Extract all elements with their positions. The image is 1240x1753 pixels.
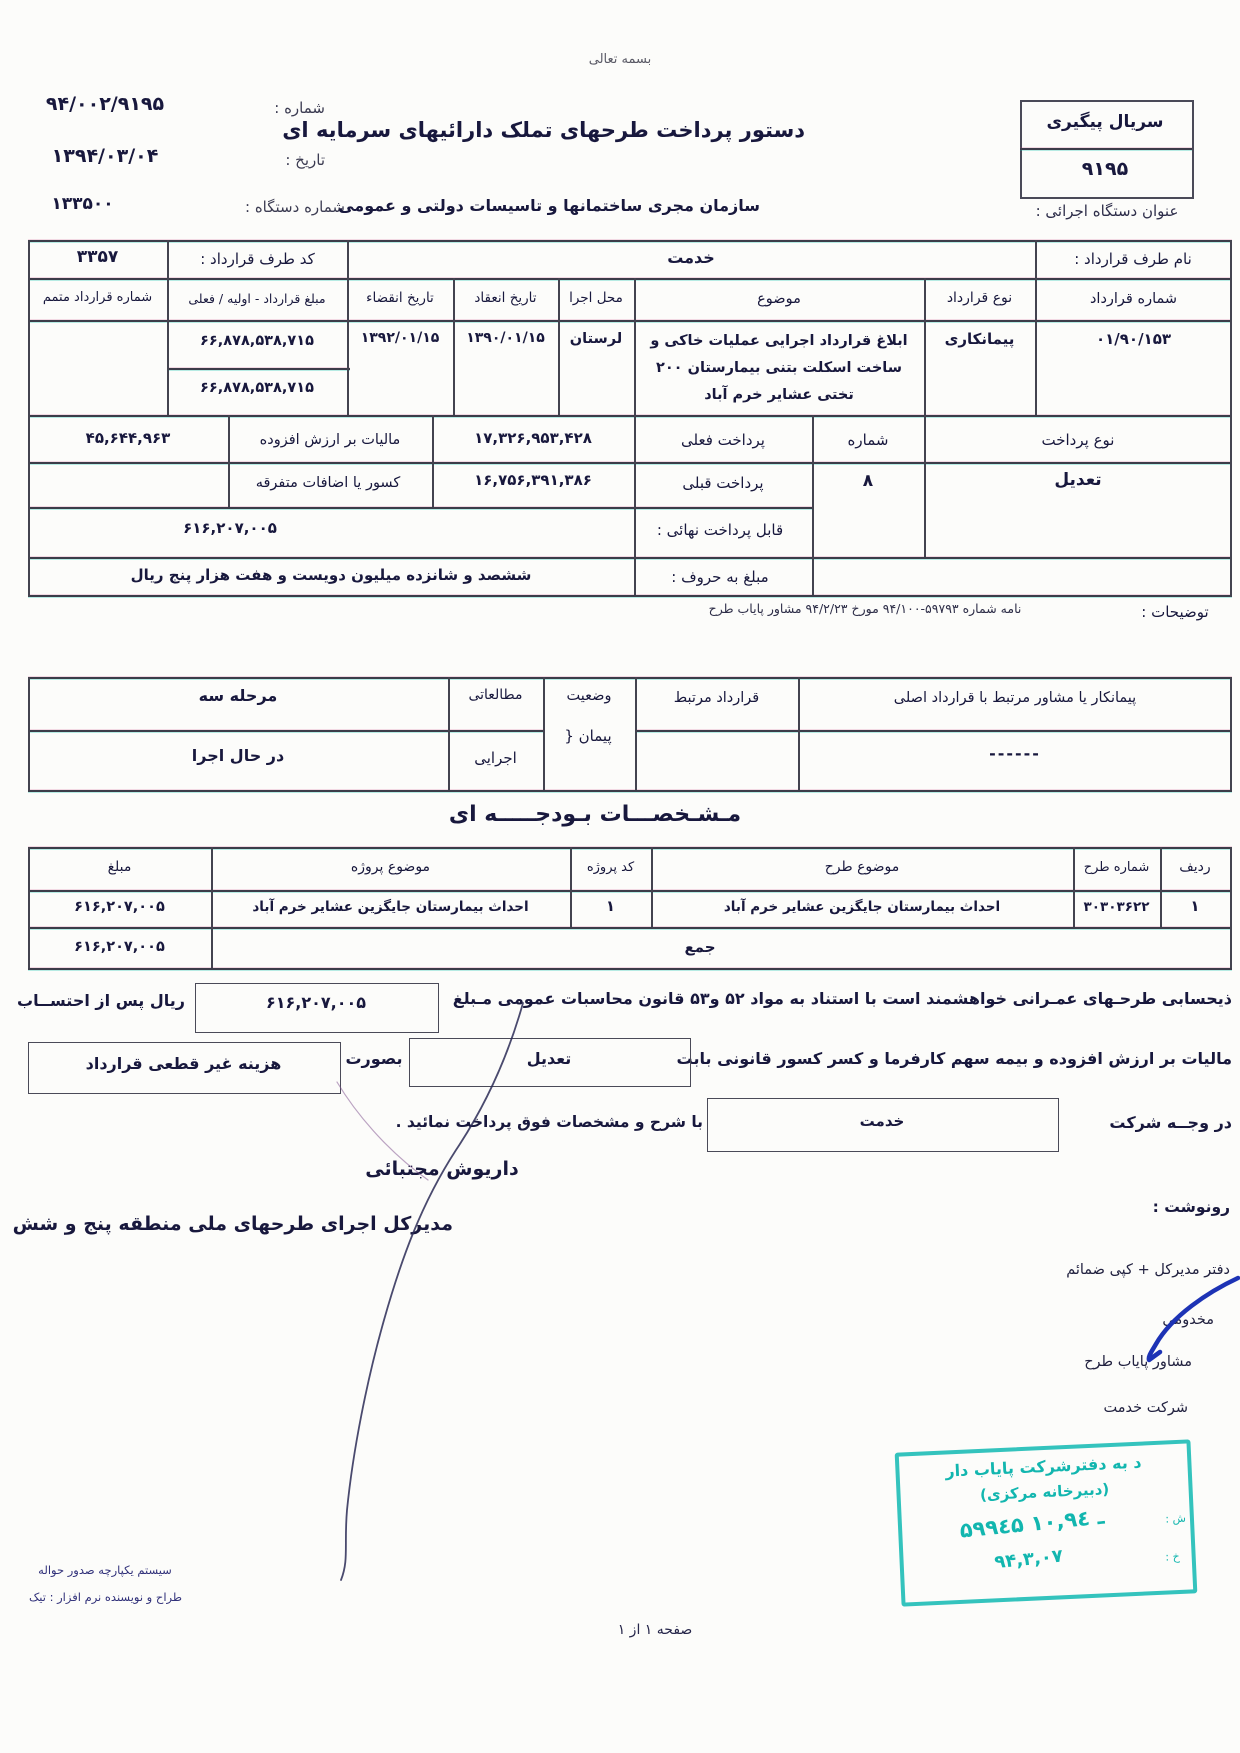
doc-number-label: شماره : [235,99,325,118]
scanned-payment-order-document: بسمه تعالی شماره : ۹۴/۰۰۲/۹۱۹۵ تاریخ : ۱… [0,0,1240,1753]
party-name-label: نام طرف قرارداد : [1037,250,1229,269]
contract-amount-current: ۶۶,۸۷۸,۵۳۸,۷۱۵ [167,379,347,397]
budget-row-project-subject: احداث بیمارستان جایگزین عشایر خرم آباد [211,899,570,916]
party-code-label: کد طرف قرارداد : [170,250,345,269]
payment-type-label: نوع پرداخت [924,431,1232,450]
device-number-value: ۱۳۳۵۰۰ [25,194,140,215]
amount-in-words-value: ششصد و شانزده میلیون دویست و هفت هزار پن… [28,566,634,585]
phase-label: مرحله سه [28,686,448,706]
office-registration-stamp: د به دفترشرکت پایاب دار (دبیرخانه مرکزی)… [895,1439,1198,1606]
serial-tracking-value: ۹۱۹۵ [1022,158,1188,182]
col-signing-date: تاریخ انعقاد [453,290,558,307]
page-number: صفحه ۱ از ۱ [595,1622,715,1640]
budget-col-amount: مبلغ [28,859,211,877]
request-line1-end: ریال پس از احتســاب [10,991,192,1011]
cc-item-company: شرکت خدمت [988,1399,1188,1417]
budget-total-value: ۶۱۶,۲۰۷,۰۰۵ [28,938,211,956]
request-type-value: هزینه غیر قطعی قرارداد [31,1054,336,1074]
budget-section-title: مـشـخصـــات بـودجـــــه ای [395,801,795,829]
request-as-label: بصورت [340,1049,408,1069]
contract-amount-initial: ۶۶,۸۷۸,۵۳۸,۷۱۵ [167,332,347,350]
bismillah: بسمه تعالی [540,52,700,68]
phase-value: در حال اجرا [28,746,448,766]
signature-pen-stroke [341,1003,523,1580]
notes-label: توضیحات : [1118,603,1232,622]
document-title: دستور پرداخت طرحهای تملک دارائیهای سرمای… [335,117,805,143]
related-contract-label: قرارداد مرتبط [635,689,798,707]
request-reason-value: تعدیل [412,1049,686,1069]
stamp-date-label: خ : [1165,1550,1180,1564]
signatory-title: مدیرکل اجرای طرحهای ملی منطقه پنج و شش [78,1213,453,1237]
contract-signing-value: ۱۳۹۰/۰۱/۱۵ [453,330,558,348]
current-payment-value: ۱۷,۳۲۶,۹۵۳,۴۲۸ [432,429,634,448]
col-contract-number: شماره قرارداد [1035,290,1232,308]
payment-type-value: تعدیل [924,470,1232,491]
request-line3: در وجــه شرکت [1085,1113,1232,1133]
payment-number-value: ۸ [812,471,924,492]
request-line1: ذیحسابی طرحـهای عمـرانی خواهشمند است با … [437,989,1232,1009]
deductions-label: کسور یا اضافات متفرقه [220,474,436,492]
budget-col-plan-number: شماره طرح [1073,860,1160,876]
col-subject: موضوع [634,290,924,308]
payment-number-label: شماره [812,431,924,450]
device-number-label: شماره دستگاه : [205,198,345,217]
serial-tracking-label: سریال پیگیری [1022,112,1188,133]
study-value: اجرایی [448,749,543,768]
status-brace-label: پیمان { [538,727,638,746]
budget-col-plan-subject: موضوع طرح [651,859,1073,877]
cc-item-consultant: مشاور پایاب طرح [972,1353,1192,1371]
study-label: مطالعاتی [448,687,543,705]
request-amount-value: ۶۱۶,۲۰۷,۰۰۵ [200,993,432,1013]
col-expiry-date: تاریخ انقضاء [347,290,453,307]
budget-row-plan-subject: احداث بیمارستان جایگزین عشایر خرم آباد [651,899,1073,916]
notes-text: نامه شماره ۵۹۷۹۳-۹۴/۱۰۰ مورخ ۹۴/۲/۲۳ مشا… [625,601,1105,617]
col-location: محل اجرا [558,290,634,307]
amount-in-words-label: مبلغ به حروف : [634,568,806,587]
contract-expiry-value: ۱۳۹۲/۰۱/۱۵ [347,330,453,348]
stamp-number-handwritten: ۵۹۹٤۵ ـ ۱۰,۹٤ [911,1499,1152,1549]
contract-number-value: ۰۱/۹۰/۱۵۳ [1035,330,1232,349]
budget-col-project-subject: موضوع پروژه [211,859,570,877]
related-consultant-label: پیمانکار یا مشاور مرتبط با قرارداد اصلی [798,689,1232,707]
request-line2: مالیات بر ارزش افزوده و بیمه سهم کارفرما… [690,1049,1232,1069]
stamp-date-handwritten: ۹۴,۳,۰۷ [943,1541,1114,1580]
previous-payment-label: پرداخت قبلی [634,474,812,493]
cc-label: رونوشت : [1110,1198,1230,1217]
budget-row-project-code: ۱ [570,897,651,916]
cc-item-makhdoumi: مخدومی [1014,1311,1214,1329]
final-payable-value: ۶۱۶,۲۰۷,۰۰۵ [95,519,365,538]
doc-date-value: ۱۳۹۴/۰۳/۰۴ [20,145,190,169]
budget-row-amount: ۶۱۶,۲۰۷,۰۰۵ [28,898,211,916]
request-line3-end: با شرح و مشخصات فوق پرداخت نمائید . [438,1113,703,1132]
footer-system-line: سیستم یکپارچه صدور حواله [25,1563,185,1577]
budget-row-index: ۱ [1160,897,1230,916]
signatory-name: داریوش مجتبائی [352,1158,532,1182]
budget-total-label: جمع [480,938,920,957]
col-contract-amount: مبلغ قرارداد - اولیه / فعلی [167,291,347,307]
previous-payment-value: ۱۶,۷۵۶,۳۹۱,۳۸۶ [432,471,634,490]
budget-row-plan-number: ۳۰۳۰۳۶۲۲ [1073,899,1160,916]
contract-location-value: لرستان [558,330,634,348]
status-label: وضعیت [543,687,635,705]
doc-date-label: تاریخ : [235,151,325,170]
related-consultant-value: ------ [798,744,1232,764]
vat-value: ۴۵,۶۴۴,۹۶۳ [28,429,228,448]
budget-col-row: ردیف [1160,859,1230,877]
party-code-value: ۳۳۵۷ [28,247,167,268]
contract-subject-value: ابلاغ قرارداد اجرایی عملیات خاکی و ساخت … [642,328,916,408]
agency-title-label: عنوان دستگاه اجرائی : [1022,202,1192,221]
final-payable-label: قابل پرداخت نهائی : [634,521,806,540]
request-company-value: خدمت [710,1112,1054,1131]
stamp-number-label: ش : [1165,1512,1186,1527]
budget-col-project-code: کد پروژه [570,860,651,876]
col-supplement-contract: شماره قرارداد متمم [28,290,167,306]
vat-label: مالیات بر ارزش افزوده [228,431,432,449]
doc-number-value: ۹۴/۰۰۲/۹۱۹۵ [20,93,190,117]
col-contract-type: نوع قرارداد [924,290,1035,308]
footer-author-line: طراح و نویسنده نرم افزار : تیک [18,1590,193,1604]
document-subtitle: سازمان مجری ساختمانها و تاسیسات دولتی و … [405,196,760,216]
party-name-value: خدمت [347,248,1035,268]
current-payment-label: پرداخت فعلی [634,431,812,450]
cc-item-office: دفتر مدیرکل + کپی ضمائم [970,1261,1230,1279]
contract-type-value: پیمانکاری [924,330,1035,349]
